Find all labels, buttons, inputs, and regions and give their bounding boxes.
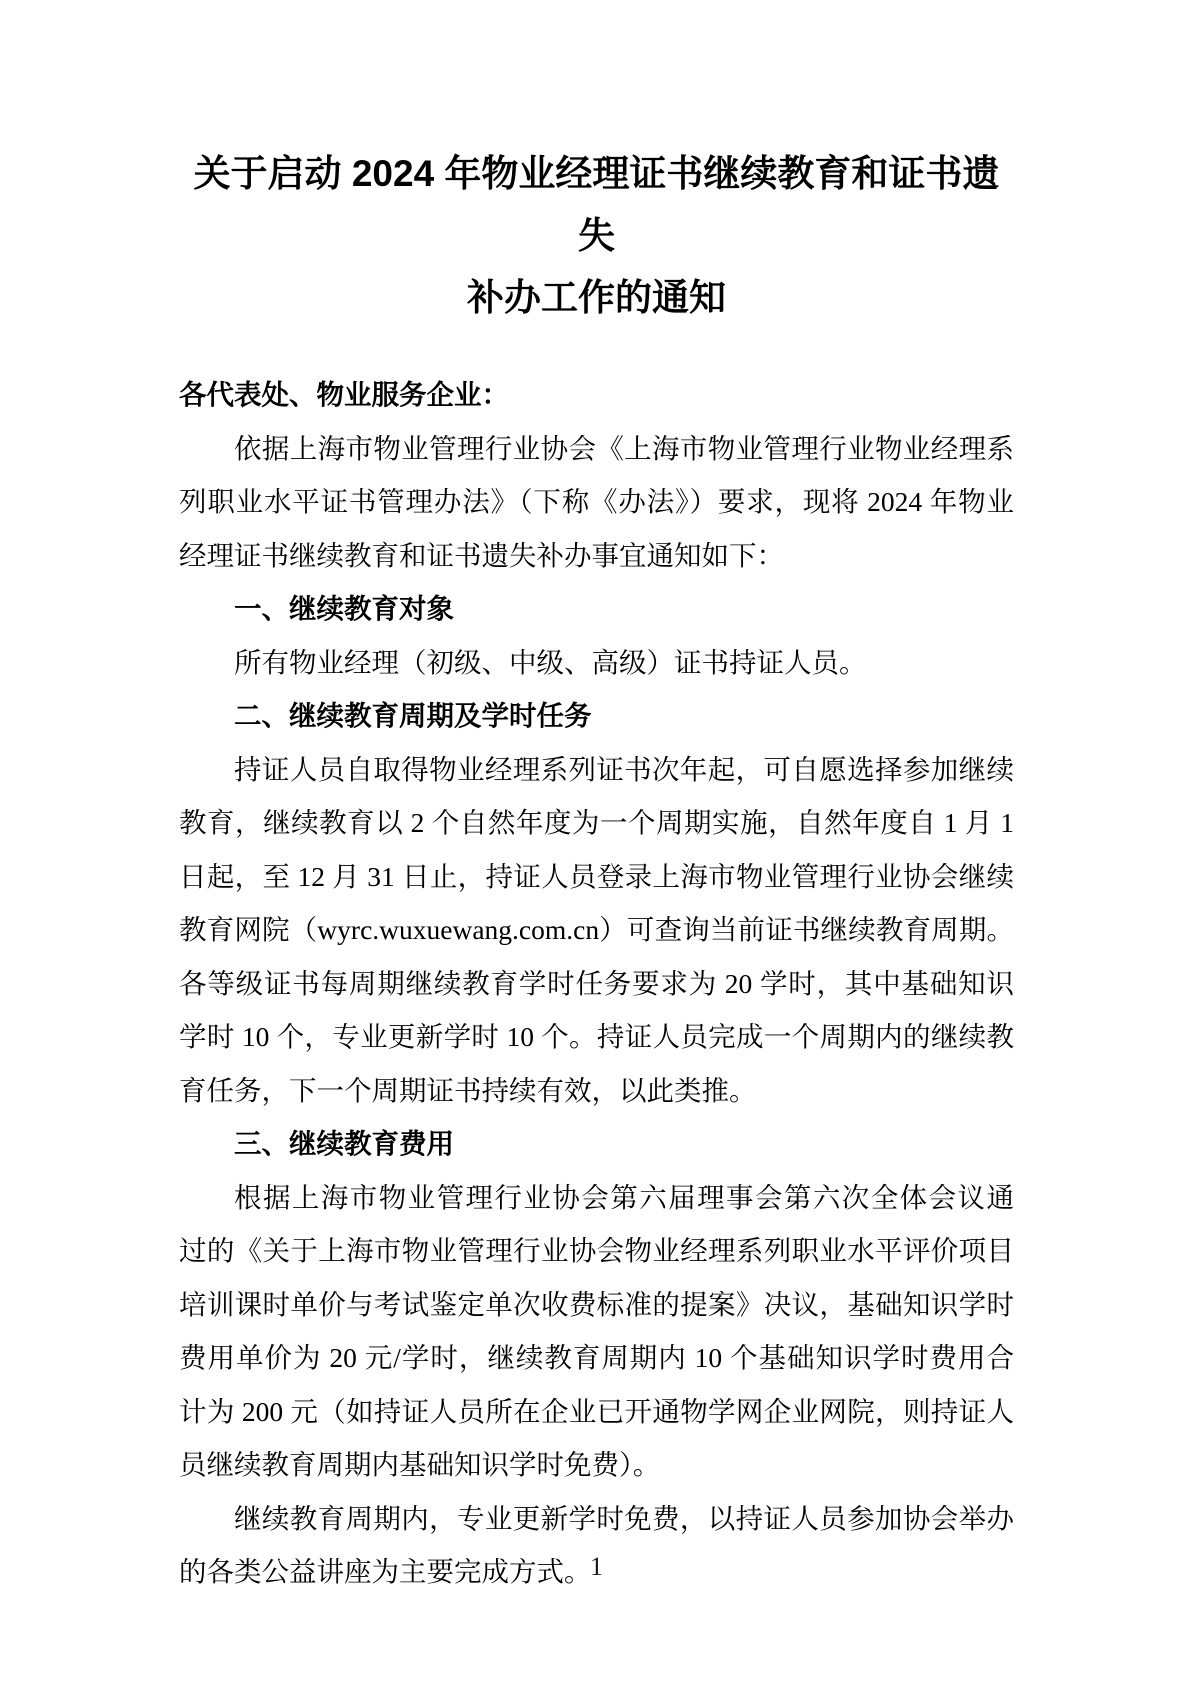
paragraph-line: 教育网院（wyrc.wuxuewang.com.cn）可查询当前证书继续教育周期… (179, 903, 1014, 957)
document-title-line-2: 补办工作的通知 (179, 267, 1014, 329)
section-heading: 三、继续教育费用 (179, 1117, 1014, 1171)
paragraph-line: 教育，继续教育以 2 个自然年度为一个周期实施，自然年度自 1 月 1 (179, 796, 1014, 850)
document-page: 关于启动 2024 年物业经理证书继续教育和证书遗失 补办工作的通知 各代表处、… (0, 0, 1190, 1683)
paragraph-line: 学时 10 个，专业更新学时 10 个。持证人员完成一个周期内的继续教 (179, 1010, 1014, 1064)
document-body: 各代表处、物业服务企业： 依据上海市物业管理行业协会《上海市物业管理行业物业经理… (179, 368, 1014, 1599)
paragraph-line: 各等级证书每周期继续教育学时任务要求为 20 学时，其中基础知识 (179, 957, 1014, 1011)
paragraph-line: 日起，至 12 月 31 日止，持证人员登录上海市物业管理行业协会继续 (179, 850, 1014, 904)
body-blocks: 依据上海市物业管理行业协会《上海市物业管理行业物业经理系列职业水平证书管理办法》… (179, 422, 1014, 1599)
paragraph-line: 根据上海市物业管理行业协会第六届理事会第六次全体会议通 (179, 1171, 1014, 1225)
paragraph-line: 所有物业经理（初级、中级、高级）证书持证人员。 (179, 636, 1014, 690)
paragraph-line: 持证人员自取得物业经理系列证书次年起，可自愿选择参加继续 (179, 743, 1014, 797)
paragraph-line: 培训课时单价与考试鉴定单次收费标准的提案》决议，基础知识学时 (179, 1278, 1014, 1332)
paragraph-line: 继续教育周期内，专业更新学时免费，以持证人员参加协会举办 (179, 1492, 1014, 1546)
salutation: 各代表处、物业服务企业： (179, 368, 1014, 422)
paragraph-line: 列职业水平证书管理办法》（下称《办法》）要求，现将 2024 年物业 (179, 475, 1014, 529)
page-number: 1 (179, 1552, 1014, 1582)
paragraph-line: 员继续教育周期内基础知识学时免费）。 (179, 1438, 1014, 1492)
paragraph-line: 费用单价为 20 元/学时，继续教育周期内 10 个基础知识学时费用合 (179, 1331, 1014, 1385)
section-heading: 二、继续教育周期及学时任务 (179, 689, 1014, 743)
paragraph-line: 依据上海市物业管理行业协会《上海市物业管理行业物业经理系 (179, 422, 1014, 476)
document-title-line-1: 关于启动 2024 年物业经理证书继续教育和证书遗失 (179, 143, 1014, 267)
paragraph-line: 经理证书继续教育和证书遗失补办事宜通知如下： (179, 529, 1014, 583)
document-title: 关于启动 2024 年物业经理证书继续教育和证书遗失 补办工作的通知 (179, 143, 1014, 329)
paragraph-line: 计为 200 元（如持证人员所在企业已开通物学网企业网院，则持证人 (179, 1385, 1014, 1439)
section-heading: 一、继续教育对象 (179, 582, 1014, 636)
page-content: 关于启动 2024 年物业经理证书继续教育和证书遗失 补办工作的通知 各代表处、… (179, 0, 1014, 1599)
paragraph-line: 育任务，下一个周期证书持续有效，以此类推。 (179, 1064, 1014, 1118)
paragraph-line: 过的《关于上海市物业管理行业协会物业经理系列职业水平评价项目 (179, 1224, 1014, 1278)
